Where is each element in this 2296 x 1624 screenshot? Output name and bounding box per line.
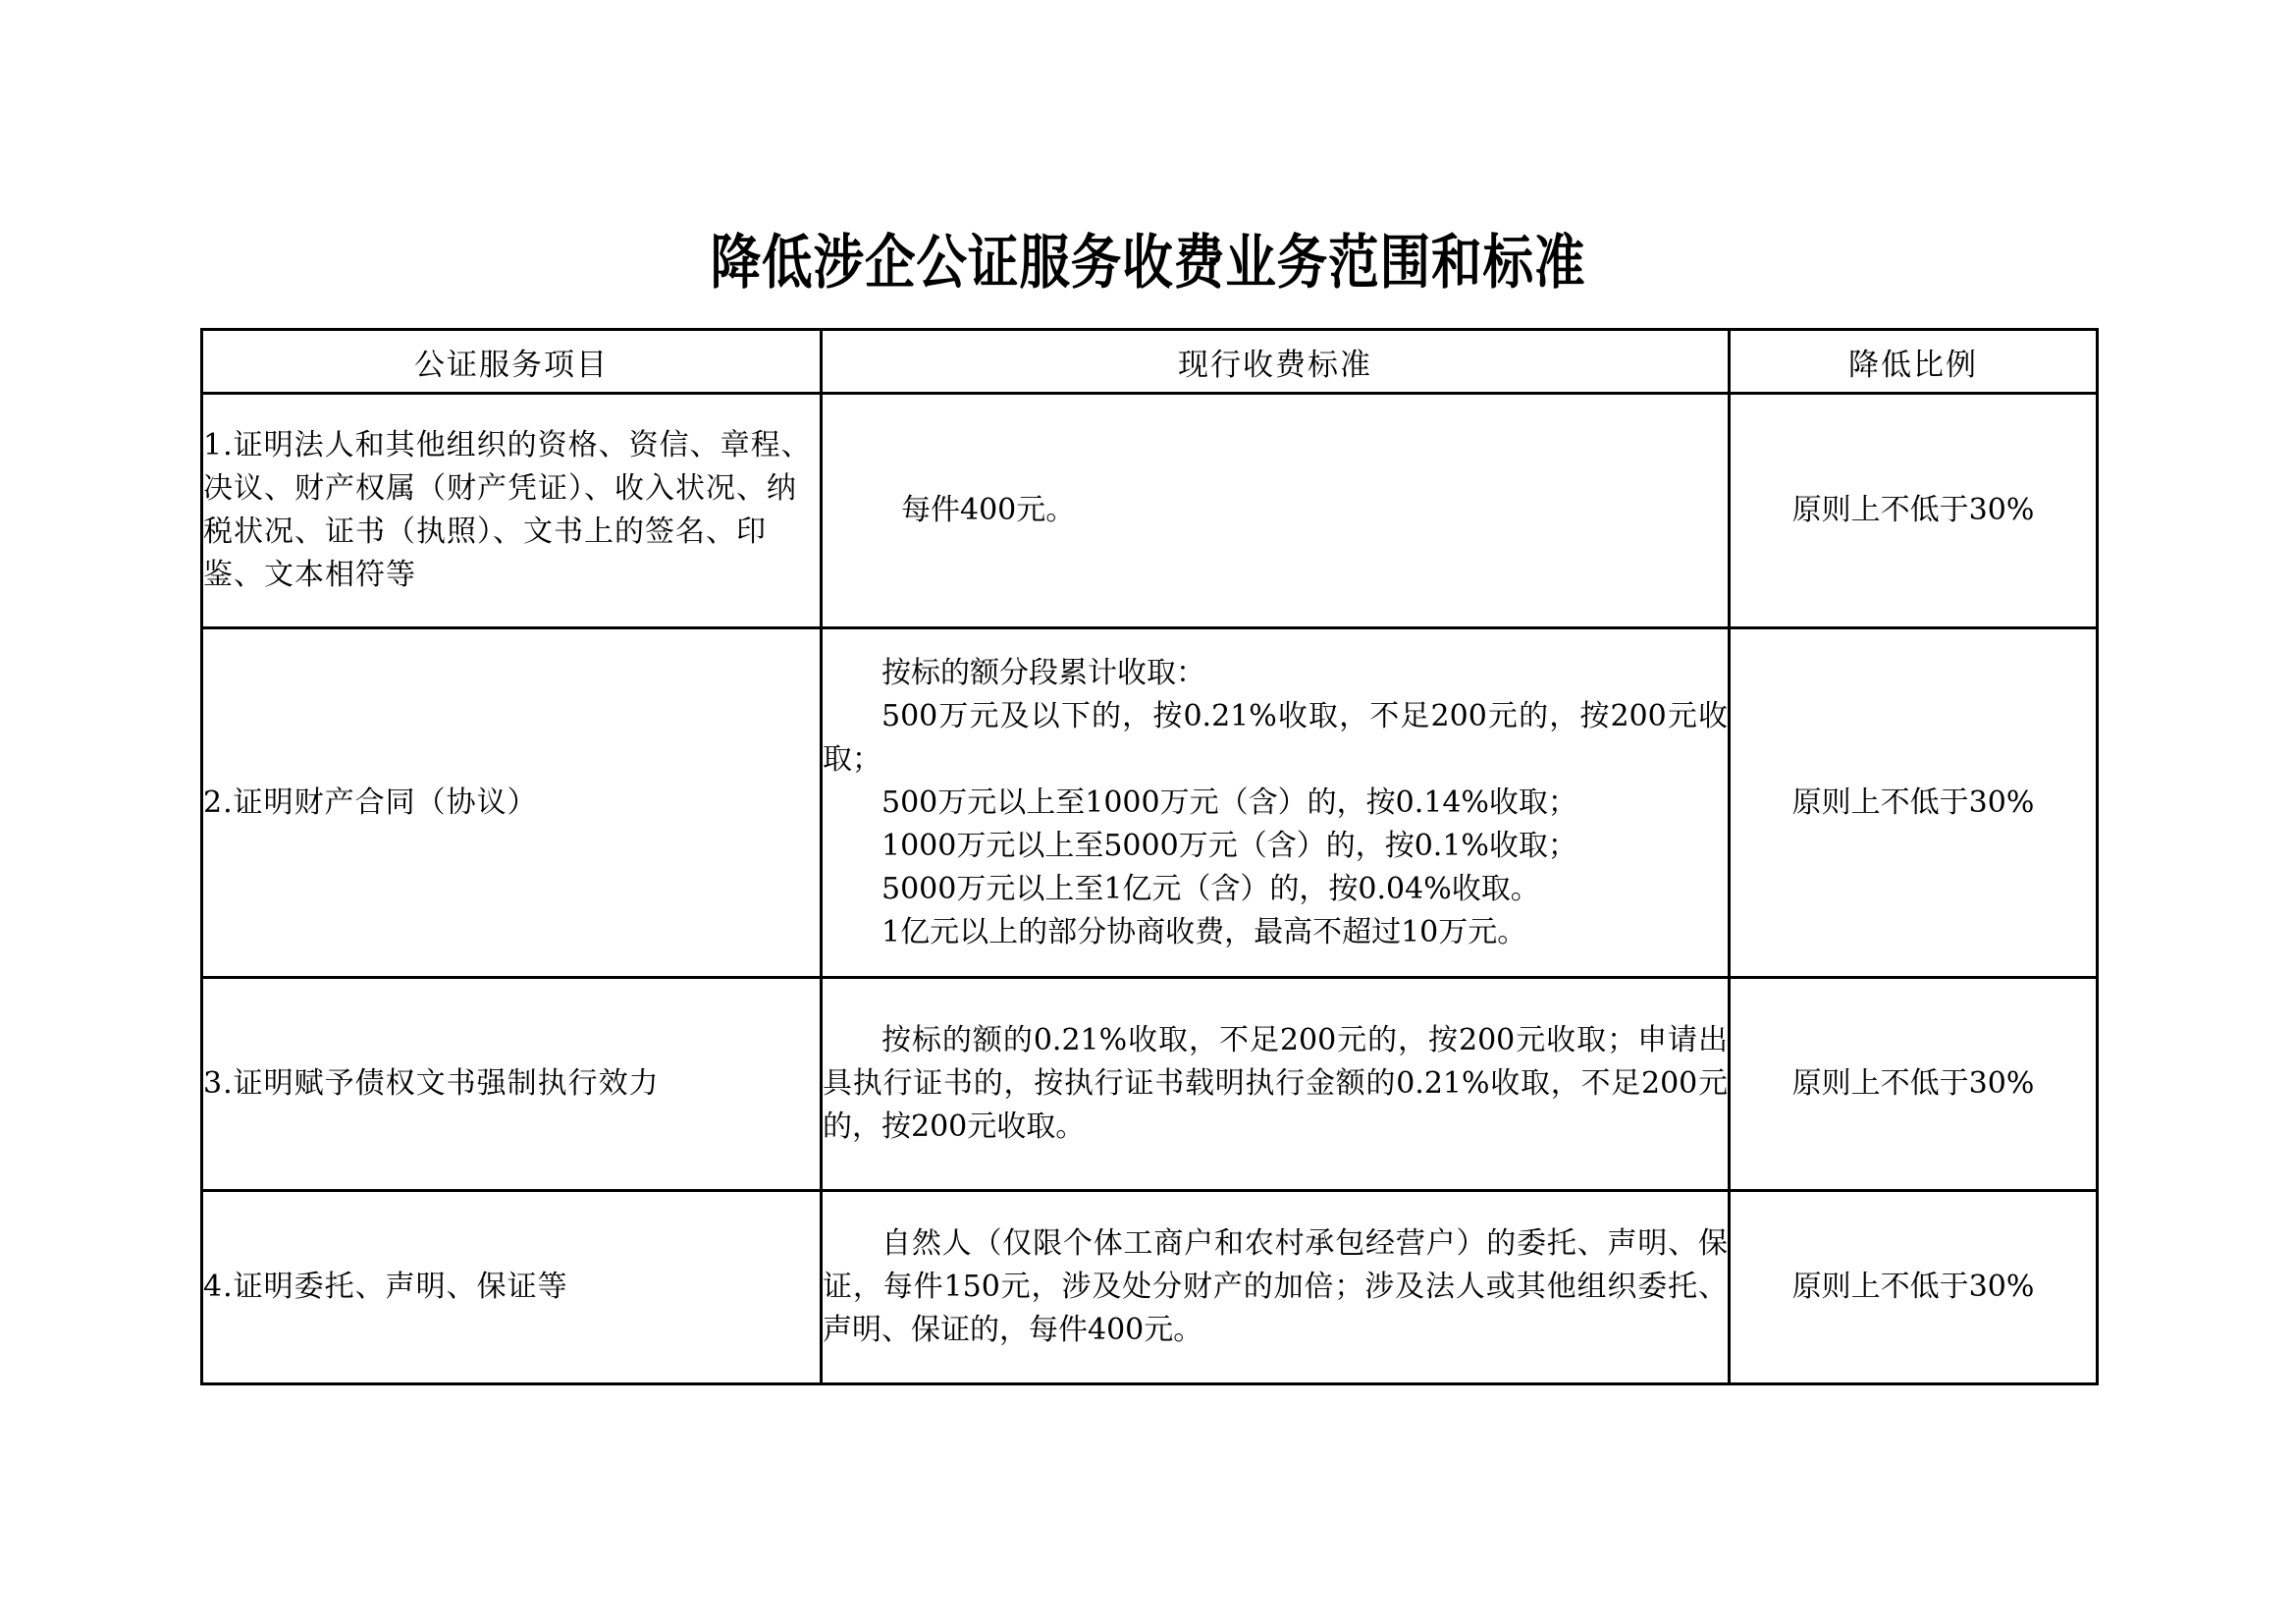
reduction-ratio-cell: 原则上不低于30%	[1730, 628, 2098, 978]
fee-standard-cell: 按标的额分段累计收取： 500万元及以下的，按0.21%收取，不足200元的，按…	[822, 628, 1730, 978]
header-service-item: 公证服务项目	[202, 330, 822, 394]
fee-standard-cell: 自然人（仅限个体工商户和农村承包经营户）的委托、声明、保证，每件150元，涉及处…	[822, 1191, 1730, 1384]
table-row: 4.证明委托、声明、保证等 自然人（仅限个体工商户和农村承包经营户）的委托、声明…	[202, 1191, 2098, 1384]
service-item-cell: 3.证明赋予债权文书强制执行效力	[202, 978, 822, 1191]
fee-standard-cell: 每件400元。	[822, 394, 1730, 628]
service-item-cell: 2.证明财产合同（协议）	[202, 628, 822, 978]
table-header-row: 公证服务项目 现行收费标准 降低比例	[202, 330, 2098, 394]
table-row: 2.证明财产合同（协议） 按标的额分段累计收取： 500万元及以下的，按0.21…	[202, 628, 2098, 978]
table-row: 1.证明法人和其他组织的资格、资信、章程、决议、财产权属（财产凭证）、收入状况、…	[202, 394, 2098, 628]
fee-paragraph: 自然人（仅限个体工商户和农村承包经营户）的委托、声明、保证，每件150元，涉及处…	[823, 1222, 1728, 1352]
header-current-fee: 现行收费标准	[822, 330, 1730, 394]
fee-paragraph: 每件400元。	[901, 489, 1728, 532]
fee-paragraph: 按标的额的0.21%收取，不足200元的，按200元收取；申请出具执行证书的，按…	[823, 1019, 1728, 1149]
fee-paragraph: 500万元及以下的，按0.21%收取，不足200元的，按200元收取；	[823, 695, 1728, 782]
reduction-ratio-cell: 原则上不低于30%	[1730, 978, 2098, 1191]
fee-paragraph: 1亿元以上的部分协商收费，最高不超过10万元。	[823, 911, 1728, 954]
table-row: 3.证明赋予债权文书强制执行效力 按标的额的0.21%收取，不足200元的，按2…	[202, 978, 2098, 1191]
service-item-cell: 4.证明委托、声明、保证等	[202, 1191, 822, 1384]
fee-standards-table: 公证服务项目 现行收费标准 降低比例 1.证明法人和其他组织的资格、资信、章程、…	[200, 328, 2099, 1385]
page-title: 降低涉企公证服务收费业务范围和标准	[161, 224, 2136, 302]
fee-paragraph: 按标的额分段累计收取：	[823, 652, 1728, 695]
service-item-cell: 1.证明法人和其他组织的资格、资信、章程、决议、财产权属（财产凭证）、收入状况、…	[202, 394, 822, 628]
fee-paragraph: 1000万元以上至5000万元（含）的，按0.1%收取；	[823, 825, 1728, 868]
fee-standard-cell: 按标的额的0.21%收取，不足200元的，按200元收取；申请出具执行证书的，按…	[822, 978, 1730, 1191]
fee-paragraph: 500万元以上至1000万元（含）的，按0.14%收取；	[823, 782, 1728, 825]
header-reduction-ratio: 降低比例	[1730, 330, 2098, 394]
fee-paragraph: 5000万元以上至1亿元（含）的，按0.04%收取。	[823, 868, 1728, 911]
reduction-ratio-cell: 原则上不低于30%	[1730, 394, 2098, 628]
reduction-ratio-cell: 原则上不低于30%	[1730, 1191, 2098, 1384]
